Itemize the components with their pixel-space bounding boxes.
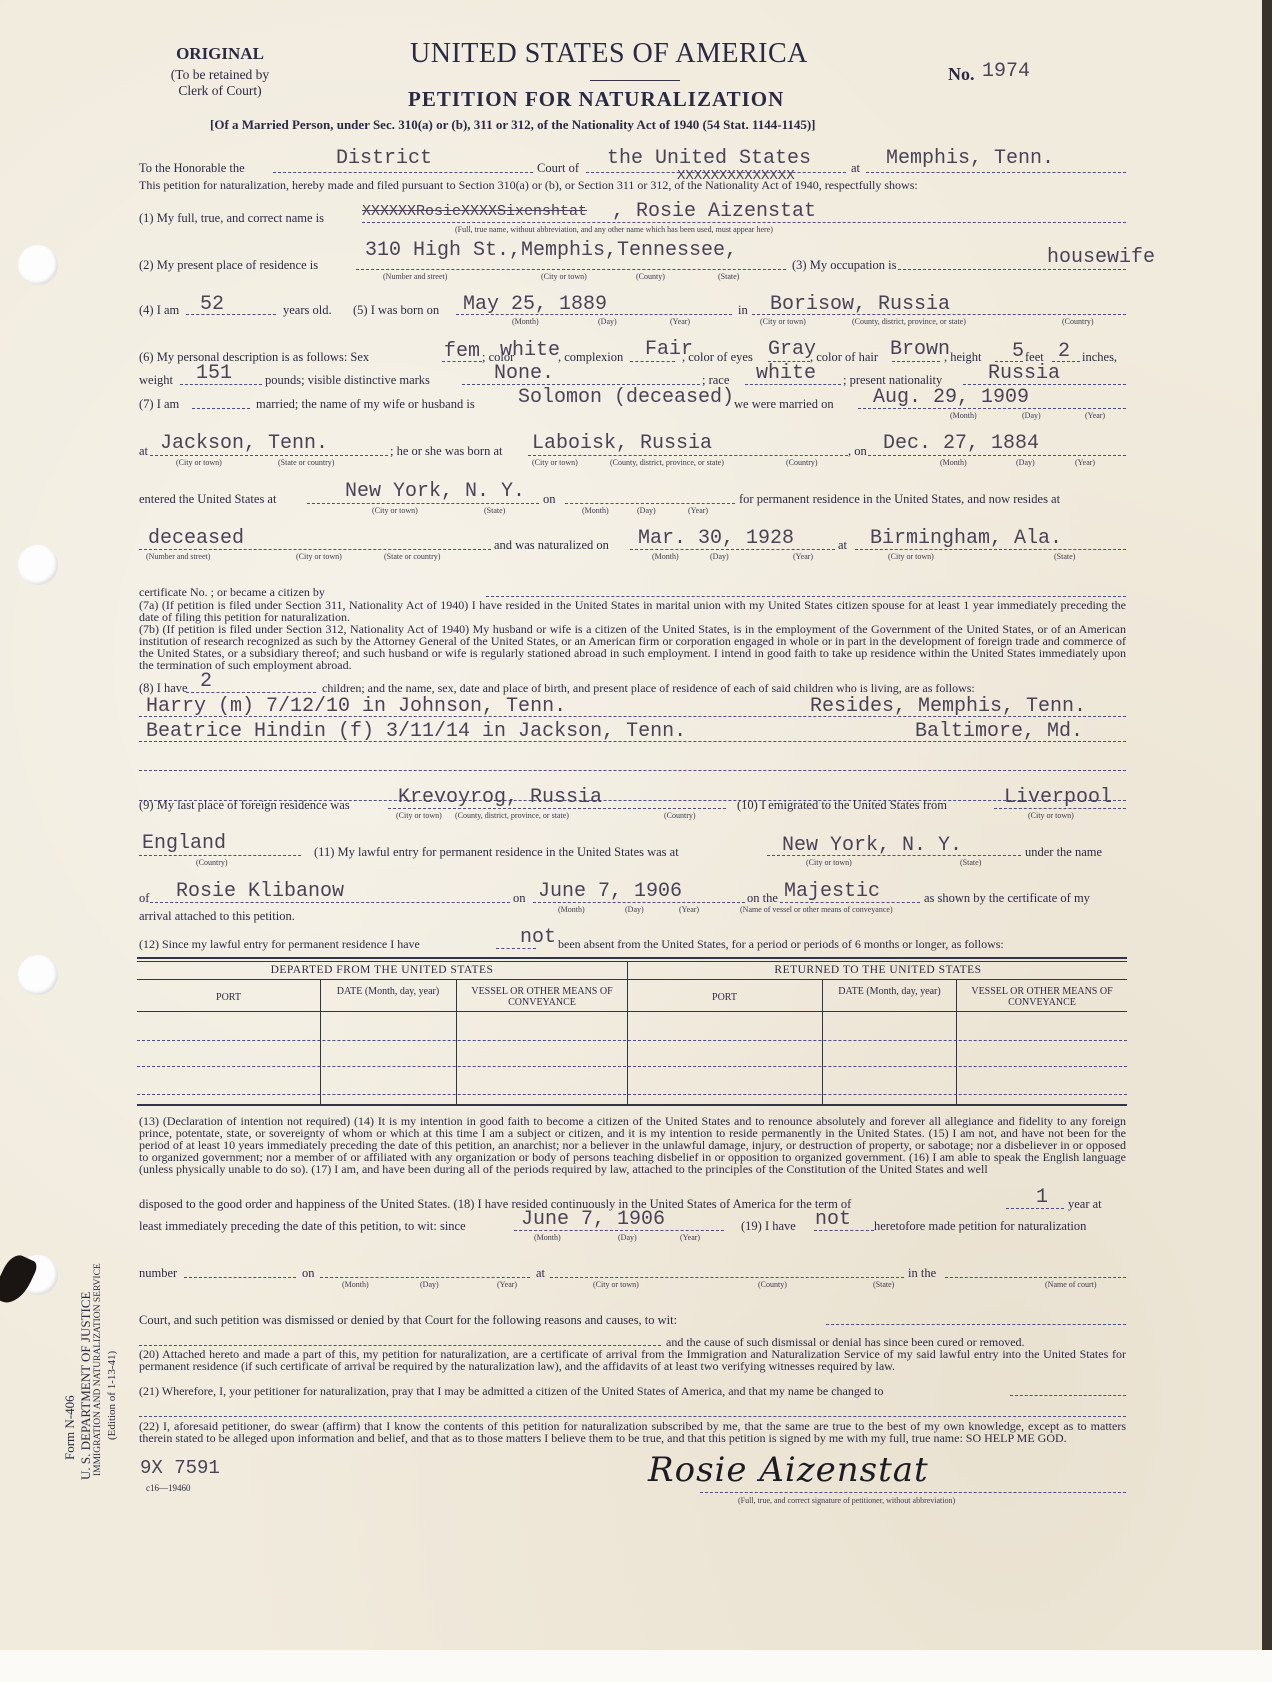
court-of-value: the United States <box>607 147 811 170</box>
q11-label: (11) My lawful entry for permanent resid… <box>314 845 679 860</box>
naturalized-date: Mar. 30, 1928 <box>638 527 794 550</box>
entry-on-label: on <box>513 891 526 906</box>
child-2-residence: Baltimore, Md. <box>915 720 1083 743</box>
spouse-entered-at: New York, N. Y. <box>345 480 525 503</box>
file-number: 9X 7591 <box>140 1457 220 1479</box>
spouse-birthplace: Laboisk, Russia <box>532 432 712 455</box>
punch-hole <box>18 955 58 995</box>
petitioner-signature: Rosie Aizenstat <box>648 1450 929 1490</box>
vessel-hint: (Name of vessel or other means of convey… <box>740 905 893 914</box>
hint-state: (State or country) <box>278 458 334 467</box>
weight-value: 151 <box>196 362 232 385</box>
age-value: 52 <box>200 293 224 316</box>
hint-county: (County, district, province, or state) <box>455 811 569 820</box>
child-1-residence: Resides, Memphis, Tenn. <box>810 695 1086 718</box>
col-vessel-returned: VESSEL OR OTHER MEANS OF CONVEYANCE <box>958 986 1126 1008</box>
hint-city: (City or town) <box>1028 811 1074 820</box>
punch-hole <box>18 545 58 585</box>
number-label: number <box>139 1266 177 1281</box>
q7-label: (7) I am <box>139 397 179 412</box>
hint-year: (Year) <box>688 506 708 515</box>
q4-label: (4) I am <box>139 303 179 318</box>
print-code: c16—19460 <box>146 1483 191 1493</box>
hint-day: (Day) <box>710 552 729 561</box>
since-label: least immediately preceding the date of … <box>139 1219 466 1234</box>
q7-married: married; the name of my wife or husband … <box>256 397 475 412</box>
spouse-residence: deceased <box>148 527 244 550</box>
col-date-departed: DATE (Month, day, year) <box>322 986 454 997</box>
spouse-birthdate: Dec. 27, 1884 <box>883 432 1039 455</box>
hint-day: (Day) <box>637 506 656 515</box>
hint-month: (Month) <box>534 1233 561 1242</box>
lawful-entry-place: New York, N. Y. <box>782 834 962 857</box>
married-date: Aug. 29, 1909 <box>873 386 1029 409</box>
complexion-label: , complexion <box>558 350 623 365</box>
court-type: District <box>336 147 432 170</box>
height-feet: 5 <box>1012 340 1024 363</box>
q1-full-name: , Rosie Aizenstat <box>612 200 816 223</box>
q6-label: (6) My personal description is as follow… <box>139 350 369 365</box>
hint-city: (City or town) <box>372 506 418 515</box>
eyes-value: Gray <box>768 338 816 361</box>
birth-date: May 25, 1889 <box>463 293 607 316</box>
q1-struck-name: XXXXXXRosieXXXXSixenshtat <box>362 203 587 220</box>
race-value: white <box>756 362 816 385</box>
inches-label: inches, <box>1082 350 1117 365</box>
child-2-entry: Beatrice Hindin (f) 3/11/14 in Jackson, … <box>146 720 686 743</box>
form-number: Form N-406 <box>62 1395 78 1460</box>
petition-number-label: No. <box>948 64 975 85</box>
department-name: U. S. DEPARTMENT OF JUSTICE <box>78 1292 94 1480</box>
prior-petition-value: not <box>815 1208 851 1231</box>
hint-day: (Day) <box>1022 411 1041 420</box>
q12-suffix: been absent from the United States, for … <box>558 937 1004 952</box>
hint-month: (Month) <box>512 317 539 326</box>
col-date-returned: DATE (Month, day, year) <box>824 986 955 997</box>
hint-month: (Month) <box>940 458 967 467</box>
dismissed-line: Court, and such petition was dismissed o… <box>139 1313 677 1328</box>
entry-date: June 7, 1906 <box>538 880 682 903</box>
hint-state: (State) <box>1054 552 1075 561</box>
q10-label: (10) I emigrated to the United States fr… <box>737 798 947 813</box>
hint-state: (State) <box>960 858 981 867</box>
q8-label: (8) I have <box>139 681 188 696</box>
residence-term: 1 <box>1036 1186 1048 1209</box>
document-title: UNITED STATES OF AMERICA <box>410 38 808 70</box>
hint-county: (County, district, province, or state) <box>610 458 724 467</box>
hint-year: (Year) <box>670 317 690 326</box>
hint-county: (County) <box>636 272 665 281</box>
q19-suffix: heretofore made petition for naturalizat… <box>874 1219 1086 1234</box>
original-label: ORIGINAL <box>150 44 290 64</box>
on-label: on <box>302 1266 315 1281</box>
spouse-born-on-label: , on <box>848 444 867 459</box>
q5-in: in <box>738 303 748 318</box>
weight-label: weight <box>139 373 173 388</box>
entry-name: Rosie Klibanow <box>176 880 344 903</box>
hint-state: (State or country) <box>384 552 440 561</box>
q1-label: (1) My full, true, and correct name is <box>139 211 324 226</box>
hint-city: (City or town) <box>593 1280 639 1289</box>
signature-hint: (Full, true, and correct signature of pe… <box>738 1496 955 1505</box>
court-prefix: To the Honorable the <box>139 161 245 176</box>
hint-year: (Year) <box>793 552 813 561</box>
child-1-entry: Harry (m) 7/12/10 in Johnson, Tenn. <box>146 695 566 718</box>
q19-label: (19) I have <box>741 1219 796 1234</box>
residence-value: 310 High St.,Memphis,Tennessee, <box>365 239 737 262</box>
hint-street: (Number and street) <box>146 552 210 561</box>
q9-label: (9) My last place of foreign residence w… <box>139 798 350 813</box>
of-label: of <box>139 891 149 906</box>
vessel-suffix: as shown by the certificate of my <box>924 891 1090 906</box>
hint-day: (Day) <box>598 317 617 326</box>
edition: (Edition of 1-13-41) <box>106 1351 118 1440</box>
section-strikeout: XXXXXXXXXXXXXX <box>677 168 795 184</box>
arrival-line: arrival attached to this petition. <box>139 909 295 924</box>
entered-label: entered the United States at <box>139 492 276 507</box>
hair-label: , color of hair <box>810 350 878 365</box>
hint-city: (City or town) <box>532 458 578 467</box>
paragraph-13-17: (13) (Declaration of intention not requi… <box>139 1115 1126 1175</box>
children-count: 2 <box>200 670 212 693</box>
hint-day: (Day) <box>625 905 644 914</box>
scan-margin <box>0 1650 1272 1682</box>
service-name: IMMIGRATION AND NATURALIZATION SERVICE <box>93 1263 103 1476</box>
section-statement: This petition for naturalization, hereby… <box>139 178 918 193</box>
col-port-departed: PORT <box>137 992 320 1003</box>
spouse-name: Solomon (deceased) <box>518 386 734 409</box>
document-subtitle: PETITION FOR NATURALIZATION <box>408 87 784 112</box>
on-the-label: on the <box>747 891 778 906</box>
paragraph-7b: (7b) (If petition is filed under Section… <box>139 623 1126 671</box>
height-label: , height <box>944 350 982 365</box>
since-date: June 7, 1906 <box>521 1208 665 1231</box>
emigrated-from: Liverpool <box>1004 786 1112 809</box>
hint-country: (Country) <box>786 458 818 467</box>
hint-city: (City or town) <box>176 458 222 467</box>
hint-month: (Month) <box>652 552 679 561</box>
returned-header: RETURNED TO THE UNITED STATES <box>628 964 1128 976</box>
vessel-name: Majestic <box>784 880 880 903</box>
retained-note-1: (To be retained by <box>140 67 300 83</box>
q18-suffix: year at <box>1068 1197 1102 1212</box>
hint-country: (Country) <box>196 858 228 867</box>
court-at-label: at <box>851 161 860 176</box>
q4-suffix: years old. <box>283 303 332 318</box>
sex-value: fem <box>444 340 480 363</box>
retained-note-2: Clerk of Court) <box>140 83 300 99</box>
paragraph-7a: (7a) (If petition is filed under Section… <box>139 599 1126 623</box>
q2-label: (2) My present place of residence is <box>139 258 318 273</box>
punch-hole <box>18 245 58 285</box>
q12-label: (12) Since my lawful entry for permanent… <box>139 937 420 952</box>
hint-court: (Name of court) <box>1045 1280 1097 1289</box>
departed-header: DEPARTED FROM THE UNITED STATES <box>137 964 627 976</box>
col-port-returned: PORT <box>628 992 821 1003</box>
occupation-value: housewife <box>1047 246 1155 269</box>
act-reference: [Of a Married Person, under Sec. 310(a) … <box>210 117 816 133</box>
at-label: at <box>536 1266 545 1281</box>
q11-suffix: under the name <box>1025 845 1102 860</box>
hint-country: (Country) <box>1062 317 1094 326</box>
naturalized-at-label: at <box>838 538 847 553</box>
hint-year: (Year) <box>679 905 699 914</box>
hint-month: (Month) <box>342 1280 369 1289</box>
hint-county: (County, district, province, or state) <box>852 317 966 326</box>
height-inches: 2 <box>1058 340 1070 363</box>
hint-city: (City or town) <box>760 317 806 326</box>
hint-month: (Month) <box>950 411 977 420</box>
hint-day: (Day) <box>1016 458 1035 467</box>
q5-label: (5) I was born on <box>353 303 439 318</box>
scan-edge <box>1262 0 1272 1650</box>
hair-value: Brown <box>890 338 950 361</box>
naturalization-petition-page: ORIGINAL (To be retained by Clerk of Cou… <box>0 0 1262 1650</box>
hint-year: (Year) <box>497 1280 517 1289</box>
hint-year: (Year) <box>1075 458 1095 467</box>
hint-year: (Year) <box>680 1233 700 1242</box>
hint-city: (City or town) <box>888 552 934 561</box>
hint-city: (City or town) <box>806 858 852 867</box>
q8-suffix: children; and the name, sex, date and pl… <box>322 681 975 696</box>
court-location: Memphis, Tenn. <box>886 147 1054 170</box>
q3-label: (3) My occupation is <box>792 258 897 273</box>
entered-on-label: on <box>543 492 556 507</box>
hint-year: (Year) <box>1085 411 1105 420</box>
absence-value: not <box>520 926 556 949</box>
paragraph-22-oath: (22) I, aforesaid petitioner, do swear (… <box>139 1420 1126 1444</box>
in-the-label: in the <box>908 1266 936 1281</box>
hint-state: (State) <box>484 506 505 515</box>
marks-value: None. <box>494 362 554 385</box>
hint-country: (Country) <box>664 811 696 820</box>
q18-label: disposed to the good order and happiness… <box>139 1197 851 1212</box>
hint-county: (County) <box>758 1280 787 1289</box>
married-on-label: we were married on <box>734 397 834 412</box>
birth-place: Borisow, Russia <box>770 293 950 316</box>
paragraph-20: (20) Attached hereto and made a part of … <box>139 1348 1126 1372</box>
hint-state: (State) <box>718 272 739 281</box>
hint-city: (City or town) <box>396 811 442 820</box>
title-divider <box>590 80 680 81</box>
color-value: white <box>500 339 560 362</box>
hint-month: (Month) <box>582 506 609 515</box>
emigrated-country: England <box>142 832 226 855</box>
naturalized-place: Birmingham, Ala. <box>870 527 1062 550</box>
last-foreign-residence: Krevoyrog, Russia <box>398 786 602 809</box>
eyes-label: , color of eyes <box>682 350 753 365</box>
married-place: Jackson, Tenn. <box>160 432 328 455</box>
hint-city: (City or town) <box>541 272 587 281</box>
hint-city: (City or town) <box>296 552 342 561</box>
court-of-label: Court of <box>537 161 579 176</box>
married-at-label: at <box>139 444 148 459</box>
hint-day: (Day) <box>420 1280 439 1289</box>
naturalized-label: and was naturalized on <box>494 538 609 553</box>
hint-month: (Month) <box>558 905 585 914</box>
petition-number: 1974 <box>982 60 1030 83</box>
entered-suffix: for permanent residence in the United St… <box>739 492 1060 507</box>
hint-day: (Day) <box>618 1233 637 1242</box>
hint-state: (State) <box>873 1280 894 1289</box>
nationality-value: Russia <box>988 362 1060 385</box>
hint-street: (Number and street) <box>383 272 447 281</box>
paragraph-21: (21) Wherefore, I, your petitioner for n… <box>139 1384 884 1399</box>
col-vessel-departed: VESSEL OR OTHER MEANS OF CONVEYANCE <box>458 986 626 1008</box>
q1-hint: (Full, true name, without abbreviation, … <box>455 225 773 234</box>
marks-label: pounds; visible distinctive marks <box>265 373 430 388</box>
spouse-born-label: ; he or she was born at <box>390 444 502 459</box>
